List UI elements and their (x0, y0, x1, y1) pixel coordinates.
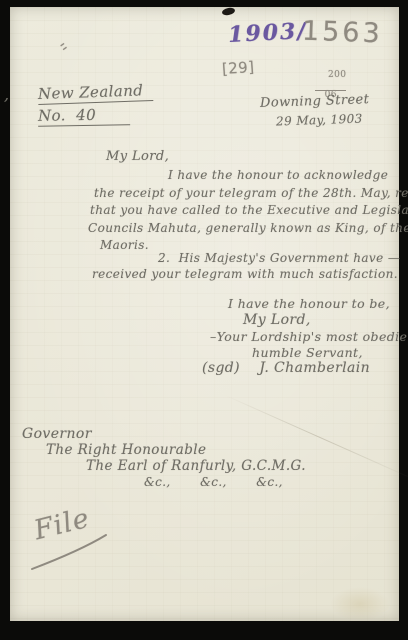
ink-blot (221, 7, 235, 17)
body-line-2: the receipt of your telegram of the 28th… (94, 186, 408, 200)
addressee-etcetera: &c., &c., &c., (144, 475, 283, 489)
address-street: Downing Street (260, 92, 370, 111)
body-line-7: received your telegram with much satisfa… (92, 267, 398, 281)
closing-line-2: My Lord, (243, 312, 311, 328)
salutation: My Lord, (106, 149, 169, 164)
edge-comma-mark: , (4, 85, 10, 104)
closing-line-1: I have the honour to be, (228, 296, 390, 311)
ditto-mark: '' (51, 40, 71, 58)
letter-page: 1903/ 1563 [29] 200 06 '' , New Zealand … (10, 7, 399, 621)
closing-line-4: humble Servant, (252, 345, 363, 360)
body-line-1: I have the honour to acknowledge (168, 168, 388, 182)
scanned-letter-screenshot: { "registry": { "stamp_year": "1903/", "… (0, 0, 408, 640)
file-note-flourish (28, 527, 118, 572)
addressee-honorific: The Right Honourable (46, 442, 206, 458)
signature-line: (sgd) J. Chamberlain (202, 360, 370, 376)
closing-line-3: –Your Lordship's most obedient, (210, 329, 408, 344)
registry-file-number: 1563 (301, 16, 383, 50)
body-line-3: that you have called to the Executive an… (90, 203, 408, 217)
registry-bracket-number: [29] (221, 58, 255, 78)
colony-heading: New Zealand (38, 81, 154, 105)
registry-year-stamp: 1903/ (227, 18, 308, 48)
registry-fraction-numerator: 200 (328, 70, 346, 80)
body-line-5: Maoris. (100, 238, 149, 252)
registry-fraction: 200 06 (315, 62, 346, 120)
body-line-6: 2. His Majesty's Government have — (158, 251, 400, 265)
letter-date: 29 May, 1903 (276, 111, 363, 128)
body-line-4: Councils Mahuta, generally known as King… (88, 221, 408, 235)
despatch-number: No. 40 (38, 105, 130, 127)
addressee-name: The Earl of Ranfurly, G.C.M.G. (86, 458, 306, 474)
paper-stain (330, 587, 390, 621)
addressee-title: Governor (22, 426, 92, 442)
